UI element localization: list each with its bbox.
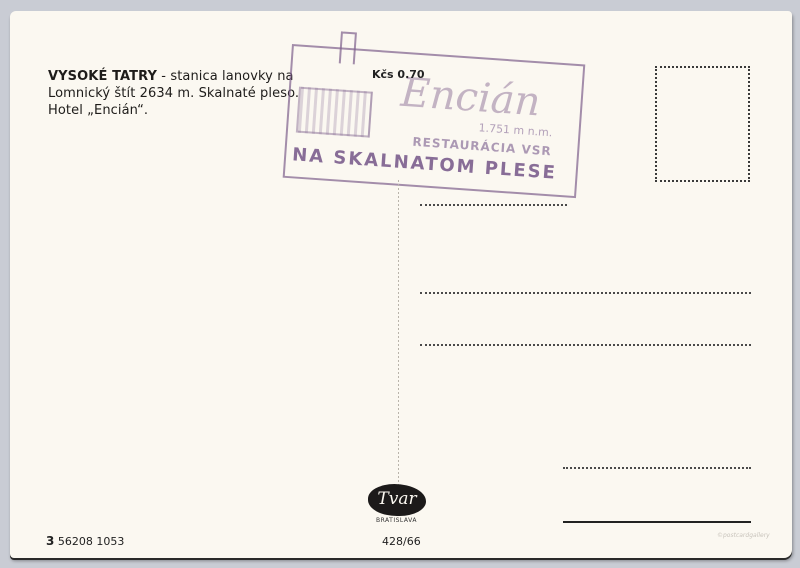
caption-title: VYSOKÉ TATRY — [48, 69, 157, 84]
address-line — [420, 344, 751, 346]
postcard-caption: VYSOKÉ TATRY - stanica lanovky na Lomnic… — [48, 68, 299, 119]
address-line — [563, 521, 751, 523]
stamp-altitude: 1.751 m n.m. — [478, 121, 553, 139]
serial-prefix: 3 — [46, 534, 54, 548]
address-line — [420, 292, 751, 294]
caption-line2: Lomnický štít 2634 m. Skalnaté pleso. — [48, 85, 299, 102]
address-line — [563, 467, 751, 469]
plate-number: 428/66 — [382, 535, 421, 548]
publisher-city: BRATISLAVA — [376, 517, 417, 524]
center-divider — [398, 180, 399, 500]
tower-icon — [339, 31, 357, 64]
serial-digits: 56208 1053 — [58, 535, 124, 548]
price-label: Kčs 0.70 — [372, 68, 425, 81]
publisher-logo: Tvar — [368, 484, 426, 516]
serial-number: 3 56208 1053 — [46, 534, 124, 548]
caption-line1: - stanica lanovky na — [157, 69, 294, 84]
caption-line3: Hotel „Encián“. — [48, 102, 299, 119]
building-icon — [296, 87, 373, 138]
stamp-placeholder-icon — [655, 66, 750, 182]
address-line — [420, 204, 567, 206]
watermark: ©postcardgallery — [717, 532, 770, 539]
rubber-stamp: Encián 1.751 m n.m. RESTAURÁCIA VSR NA S… — [283, 44, 586, 198]
